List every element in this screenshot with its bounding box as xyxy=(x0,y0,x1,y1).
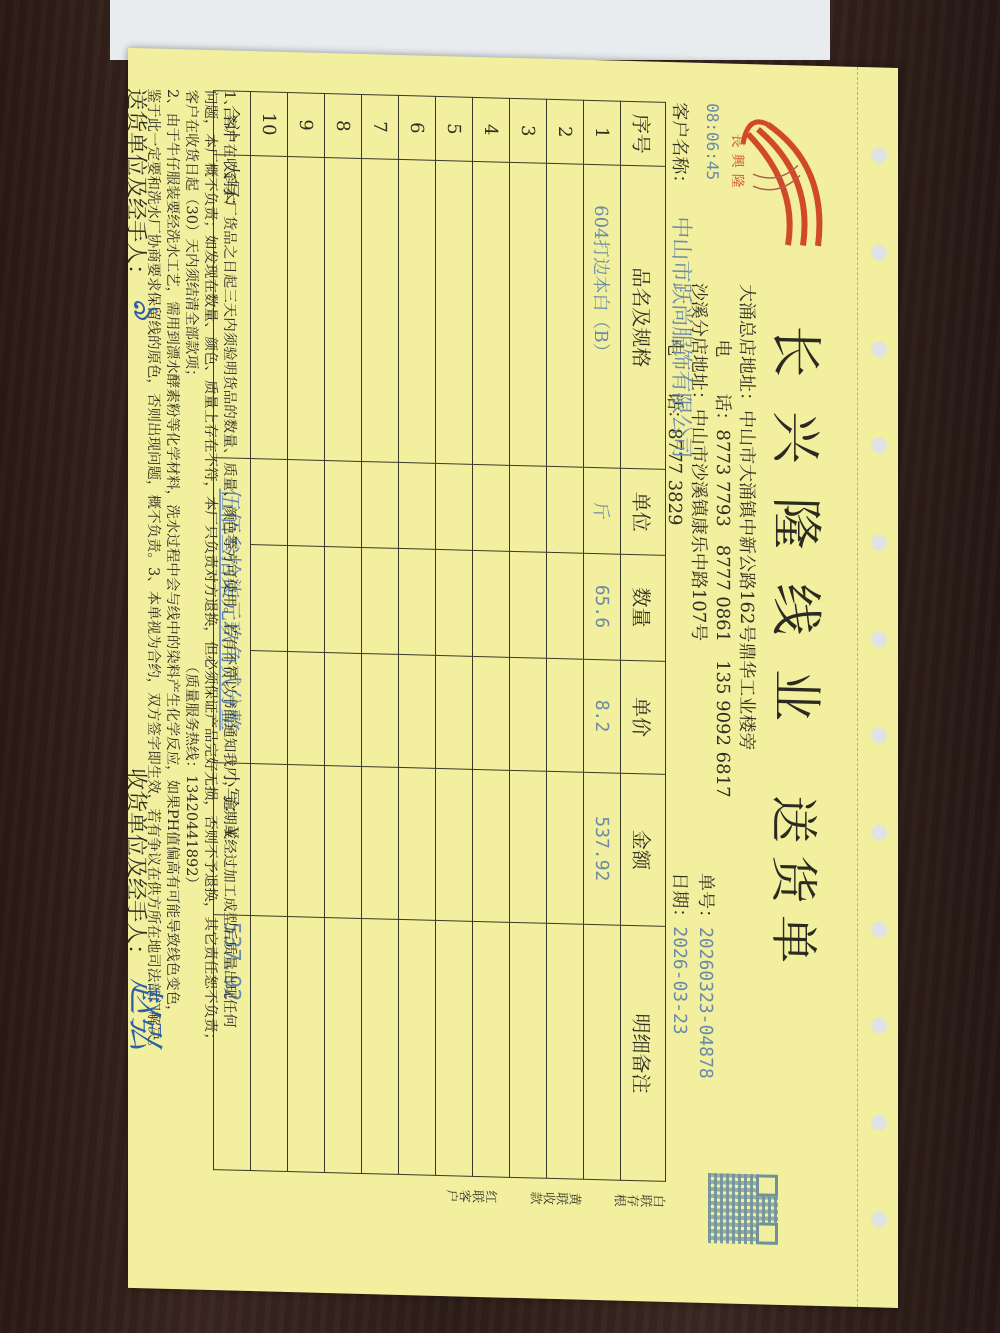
table-header-row: 序号 品名及规格 单位 数量 单价 金额 明细备注 xyxy=(621,101,666,1181)
delivery-note: 長興隆 长兴隆线业 送货单 大涌总店地址：中山市大涌镇中新公路162号鼎华工业楼… xyxy=(128,48,898,1308)
hole xyxy=(871,1018,887,1034)
table-row: 1 604打边本白（B） 斤 65.6 8.2 537.92 xyxy=(584,100,621,1180)
header-unit: 单位 xyxy=(621,468,666,555)
customer-line: 客户名称：中山市跃尚服饰有限公司 xyxy=(667,102,698,459)
header-price: 单价 xyxy=(621,660,666,774)
terms-line: 2、由于牛仔服装要经洗水工艺，需用到漂水酵素粉等化学材料，洗水过程中会与线中的染… xyxy=(162,89,181,1239)
order-date: 日期：2026-03-23 xyxy=(666,872,692,1078)
table-row: 3 xyxy=(510,98,547,1178)
header-name: 品名及规格 xyxy=(621,165,666,469)
logo-text: 長興隆 xyxy=(728,134,748,195)
hole xyxy=(871,728,887,744)
customer-name: 中山市跃尚服饰有限公司 xyxy=(668,216,693,459)
hole xyxy=(871,1114,887,1130)
copy-labels: 白联存根 黄联收款 红联客户 xyxy=(414,1185,666,1222)
terms-and-conditions: 1、客户在收到本厂货品之日起三天内须验明货品的数量、质量、颜色等方可使用。若有不… xyxy=(143,88,238,1240)
hole xyxy=(871,1211,887,1227)
hole xyxy=(871,631,887,647)
order-number: 单号：20260323-04878 xyxy=(692,873,718,1079)
table-row: 9 xyxy=(288,93,325,1173)
head-office-address: 大涌总店地址：中山市大涌镇中新公路162号鼎华工业楼旁 xyxy=(734,284,758,799)
tractor-holes xyxy=(864,67,894,1308)
header-note: 明细备注 xyxy=(621,925,666,1181)
hole xyxy=(871,824,887,840)
hole xyxy=(871,148,887,164)
hole xyxy=(871,341,887,357)
table-row: 4 xyxy=(473,97,510,1177)
document-title: 送货单 xyxy=(763,794,832,976)
hole xyxy=(871,534,887,550)
sender-signature: ঌ xyxy=(113,297,173,320)
table-row: 10 xyxy=(251,92,288,1172)
table-row: 2 xyxy=(547,99,584,1179)
order-meta: 单号：20260323-04878 日期：2026-03-23 xyxy=(666,872,718,1079)
terms-line: 问题，本厂概不负责；如发现在数量、颜色、质量上存在不符，本厂只负责对方退换，但必… xyxy=(200,90,219,1240)
table-row: 5 xyxy=(436,96,473,1176)
hole xyxy=(871,438,887,454)
perforation-line xyxy=(857,67,858,1307)
customer-label: 客户名称： xyxy=(669,102,690,193)
hole xyxy=(871,244,887,260)
receiver-signature: 赵弘 xyxy=(122,978,173,1051)
sender-signature-label: 送货单位及经手人： xyxy=(122,88,153,287)
print-time: 08:06:45 xyxy=(703,103,722,181)
paper-wrapper: 長興隆 长兴隆线业 送货单 大涌总店地址：中山市大涌镇中新公路162号鼎华工业楼… xyxy=(108,68,898,1333)
header-amount: 金额 xyxy=(621,773,666,927)
hole xyxy=(871,921,887,937)
header-qty: 数量 xyxy=(621,554,666,661)
table-row: 6 xyxy=(399,95,436,1175)
qr-code-icon xyxy=(708,1173,778,1245)
receiver-signature-label: 收货单位及经手人： xyxy=(122,768,153,967)
yellow-copy-label: 黄联收款 xyxy=(530,1188,582,1203)
header-seq: 序号 xyxy=(621,101,666,166)
company-name: 长兴隆线业 xyxy=(763,324,838,756)
terms-line: 客户在收货日起（30）天内须结清全部款项； （质量服务热线：1342044189… xyxy=(181,89,200,1239)
red-copy-label: 红联客户 xyxy=(446,1186,498,1201)
head-office-phone: 电 话：8773 7793 8777 0861 135 9092 6817 xyxy=(710,283,734,798)
terms-line: 1、客户在收到本厂货品之日起三天内须验明货品的数量、质量、颜色等方可使用。若有不… xyxy=(219,90,238,1240)
items-table: 序号 品名及规格 单位 数量 单价 金额 明细备注 1 604打边本白（B） 斤… xyxy=(213,90,666,1182)
table-row: 8 xyxy=(325,93,362,1173)
table-row: 7 xyxy=(362,94,399,1174)
white-copy-label: 白联存根 xyxy=(614,1191,666,1206)
